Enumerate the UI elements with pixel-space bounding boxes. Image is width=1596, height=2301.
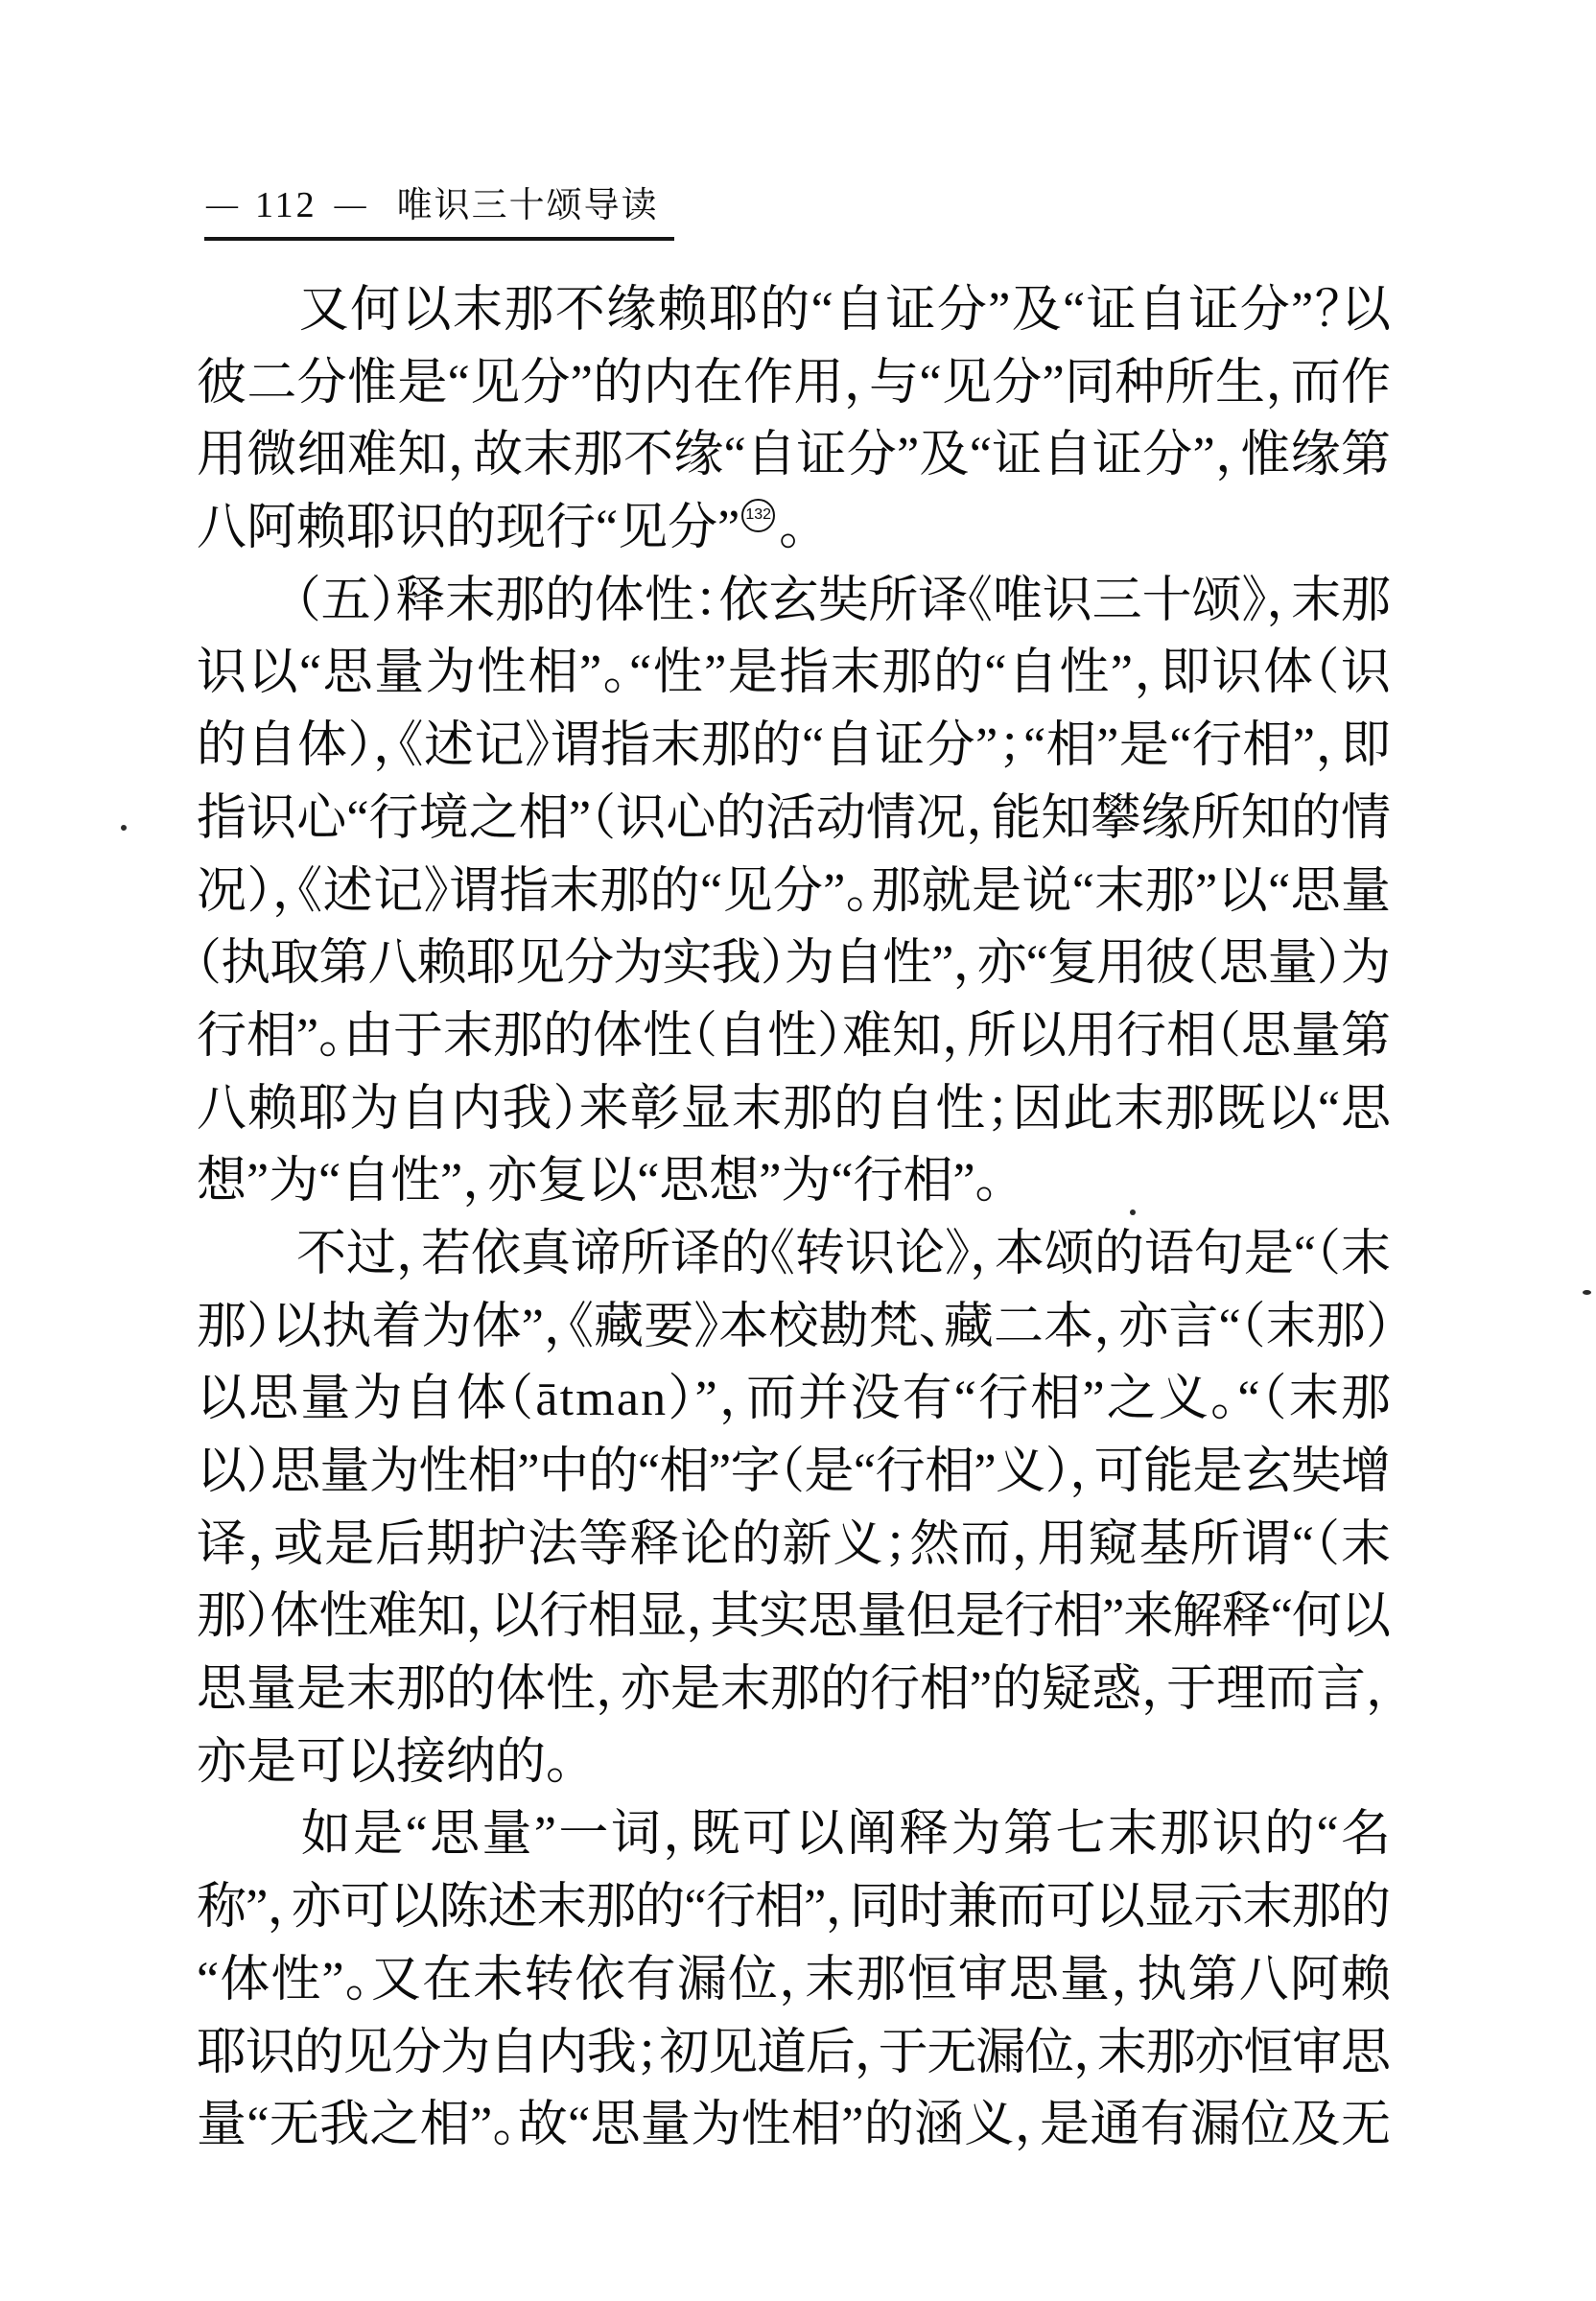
body-line: 想”为“自性”，亦复以“思想”为“行相”。 <box>197 1145 1391 1218</box>
scan-speck <box>121 825 127 831</box>
body-line: 以思量为自体（ātman）”，而并没有“行相”之义。“（末那 <box>197 1363 1391 1436</box>
body-line: 八赖耶为自内我）来彰显末那的自性；因此末那既以“思 <box>197 1073 1391 1146</box>
body-line: 译，或是后期护法等释论的新义；然而，用窥基所谓“（末 <box>197 1509 1391 1582</box>
body-line: （执取第八赖耶见分为实我）为自性”，亦“复用彼（思量）为 <box>197 927 1391 1000</box>
body-line: 思量是末那的体性，亦是末那的行相”的疑惑，于理而言， <box>197 1654 1391 1726</box>
body-line: 识以“思量为性相”。“性”是指末那的“自性”，即识体（识 <box>197 637 1391 710</box>
scan-speck <box>1130 1209 1136 1215</box>
body-line: 以）思量为性相”中的“相”字（是“行相”义），可能是玄奘增 <box>197 1436 1391 1509</box>
body-line: 又何以末那不缘赖耶的“自证分”及“证自证分”？以 <box>197 274 1391 347</box>
footnote-ref: 132 <box>741 499 775 532</box>
body-text: 又何以末那不缘赖耶的“自证分”及“证自证分”？以彼二分惟是“见分”的内在作用，与… <box>197 274 1391 2162</box>
body-line: （五）释末那的体性：依玄奘所译《唯识三十颂》，末那 <box>197 565 1391 638</box>
body-line: 彼二分惟是“见分”的内在作用，与“见分”同种所生，而作 <box>197 347 1391 420</box>
body-line: 如是“思量”一词，既可以阐释为第七末那识的“名 <box>197 1798 1391 1871</box>
book-page: — 112 — 唯识三十颂导读 又何以末那不缘赖耶的“自证分”及“证自证分”？以… <box>0 0 1596 2301</box>
body-line: 亦是可以接纳的。 <box>197 1726 1391 1799</box>
header-dash-left: — <box>206 185 238 225</box>
book-title: 唯识三十颂导读 <box>397 186 659 226</box>
body-line: 称”，亦可以陈述末那的“行相”，同时兼而可以显示末那的 <box>197 1871 1391 1944</box>
body-line: 那）以执着为体”，《藏要》本校勘梵、藏二本，亦言“（末那） <box>197 1291 1391 1364</box>
body-line: 不过，若依真谛所译的《转识论》，本颂的语句是“（末 <box>197 1218 1391 1291</box>
body-line: “体性”。又在未转依有漏位，末那恒审思量，执第八阿赖 <box>197 1944 1391 2017</box>
body-line: 用微细难知，故末那不缘“自证分”及“证自证分”，惟缘第 <box>197 419 1391 492</box>
running-header: — 112 — 唯识三十颂导读 <box>204 185 674 241</box>
body-line: 量“无我之相”。故“思量为性相”的涵义，是通有漏位及无 <box>197 2089 1391 2162</box>
body-line: 耶识的见分为自内我；初见道后，于无漏位，末那亦恒审思 <box>197 2017 1391 2090</box>
body-line: 指识心“行境之相”（识心的活动情况，能知攀缘所知的情 <box>197 783 1391 856</box>
page-number: 112 <box>255 185 317 225</box>
body-line: 八阿赖耶识的现行“见分”132。 <box>197 492 1391 565</box>
body-line: 的自体），《述记》谓指末那的“自证分”；“相”是“行相”，即 <box>197 710 1391 783</box>
body-line: 行相”。由于末那的体性（自性）难知，所以用行相（思量第 <box>197 1000 1391 1073</box>
body-line: 那）体性难知，以行相显，其实思量但是行相”来解释“何以 <box>197 1581 1391 1654</box>
header-dash-right: — <box>335 185 366 225</box>
body-line: 况），《述记》谓指末那的“见分”。那就是说“末那”以“思量 <box>197 856 1391 928</box>
scan-speck <box>1583 1290 1591 1295</box>
